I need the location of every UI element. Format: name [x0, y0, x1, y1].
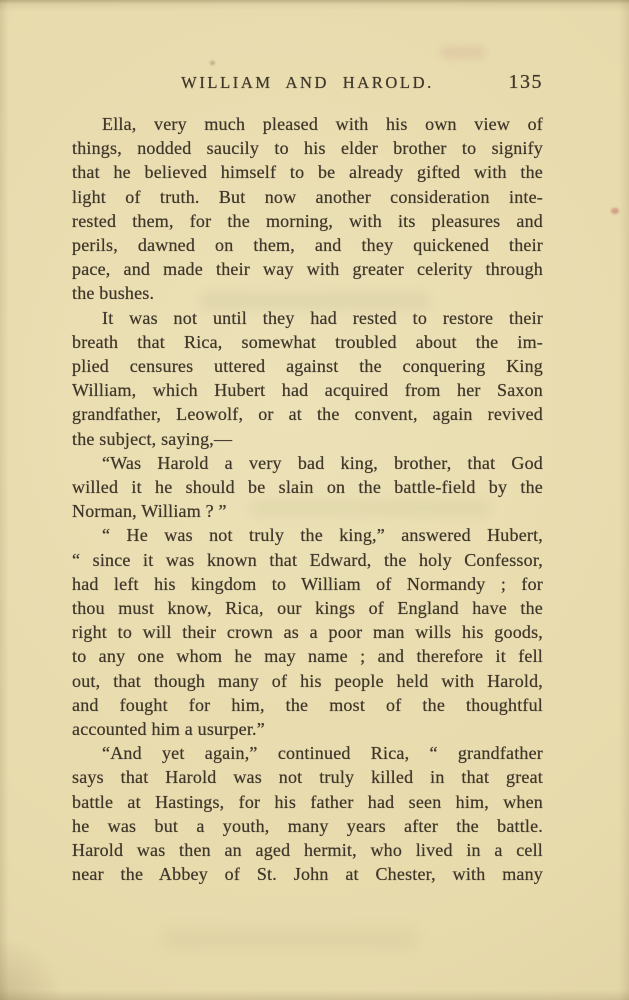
text-line: “ since it was known that Edward, the ho…	[72, 548, 543, 572]
scanned-book-page: { "page": { "header": { "title": "WILLIA…	[0, 0, 629, 1000]
text-line: willed it he should be slain on the batt…	[72, 475, 543, 499]
text-line: near the Abbey of St. John at Chester, w…	[72, 862, 543, 886]
text-line: William, which Hubert had acquired from …	[72, 378, 543, 402]
text-line: thou must know, Rica, our kings of Engla…	[72, 596, 543, 620]
text-line: he was but a youth, many years after the…	[72, 814, 543, 838]
text-line: Ella, very much pleased with his own vie…	[72, 112, 543, 136]
paragraph: It was not until they had rested to rest…	[72, 306, 543, 451]
paragraph: “Was Harold a very bad king, brother, th…	[72, 451, 543, 524]
paragraph: “And yet again,” continued Rica, “ grand…	[72, 741, 543, 886]
text-line: says that Harold was not truly killed in…	[72, 765, 543, 789]
text-line: the bushes.	[72, 281, 543, 305]
running-header-title: WILLIAM AND HAROLD.	[72, 73, 543, 93]
text-line: right to will their crown as a poor man …	[72, 620, 543, 644]
text-line: perils, dawned on them, and they quicken…	[72, 233, 543, 257]
text-line: “Was Harold a very bad king, brother, th…	[72, 451, 543, 475]
paragraph: Ella, very much pleased with his own vie…	[72, 112, 543, 306]
text-line: out, that though many of his people held…	[72, 669, 543, 693]
text-line: grandfather, Leowolf, or at the convent,…	[72, 402, 543, 426]
text-line: to any one whom he may name ; and theref…	[72, 644, 543, 668]
page-body-text: Ella, very much pleased with his own vie…	[72, 112, 543, 887]
page-number: 135	[509, 71, 544, 94]
text-line: breath that Rica, somewhat troubled abou…	[72, 330, 543, 354]
text-line: Harold was then an aged hermit, who live…	[72, 838, 543, 862]
text-line: light of truth. But now another consider…	[72, 185, 543, 209]
text-line: that he believed himself to be already g…	[72, 160, 543, 184]
text-line: “ He was not truly the king,” answered H…	[72, 523, 543, 547]
text-line: had left his kingdom to William of Norma…	[72, 572, 543, 596]
text-line: “And yet again,” continued Rica, “ grand…	[72, 741, 543, 765]
text-line: Norman, William ? ”	[72, 499, 543, 523]
text-line: and fought for him, the most of the thou…	[72, 693, 543, 717]
text-line: pace, and made their way with greater ce…	[72, 257, 543, 281]
running-header: WILLIAM AND HAROLD. 135	[72, 73, 543, 95]
text-line: things, nodded saucily to his elder brot…	[72, 136, 543, 160]
text-line: accounted him a usurper.”	[72, 717, 543, 741]
text-line: It was not until they had rested to rest…	[72, 306, 543, 330]
text-line: battle at Hastings, for his father had s…	[72, 790, 543, 814]
text-line: the subject, saying,—	[72, 427, 543, 451]
text-line: rested them, for the morning, with its p…	[72, 209, 543, 233]
paragraph: “ He was not truly the king,” answered H…	[72, 523, 543, 741]
text-line: plied censures uttered against the conqu…	[72, 354, 543, 378]
